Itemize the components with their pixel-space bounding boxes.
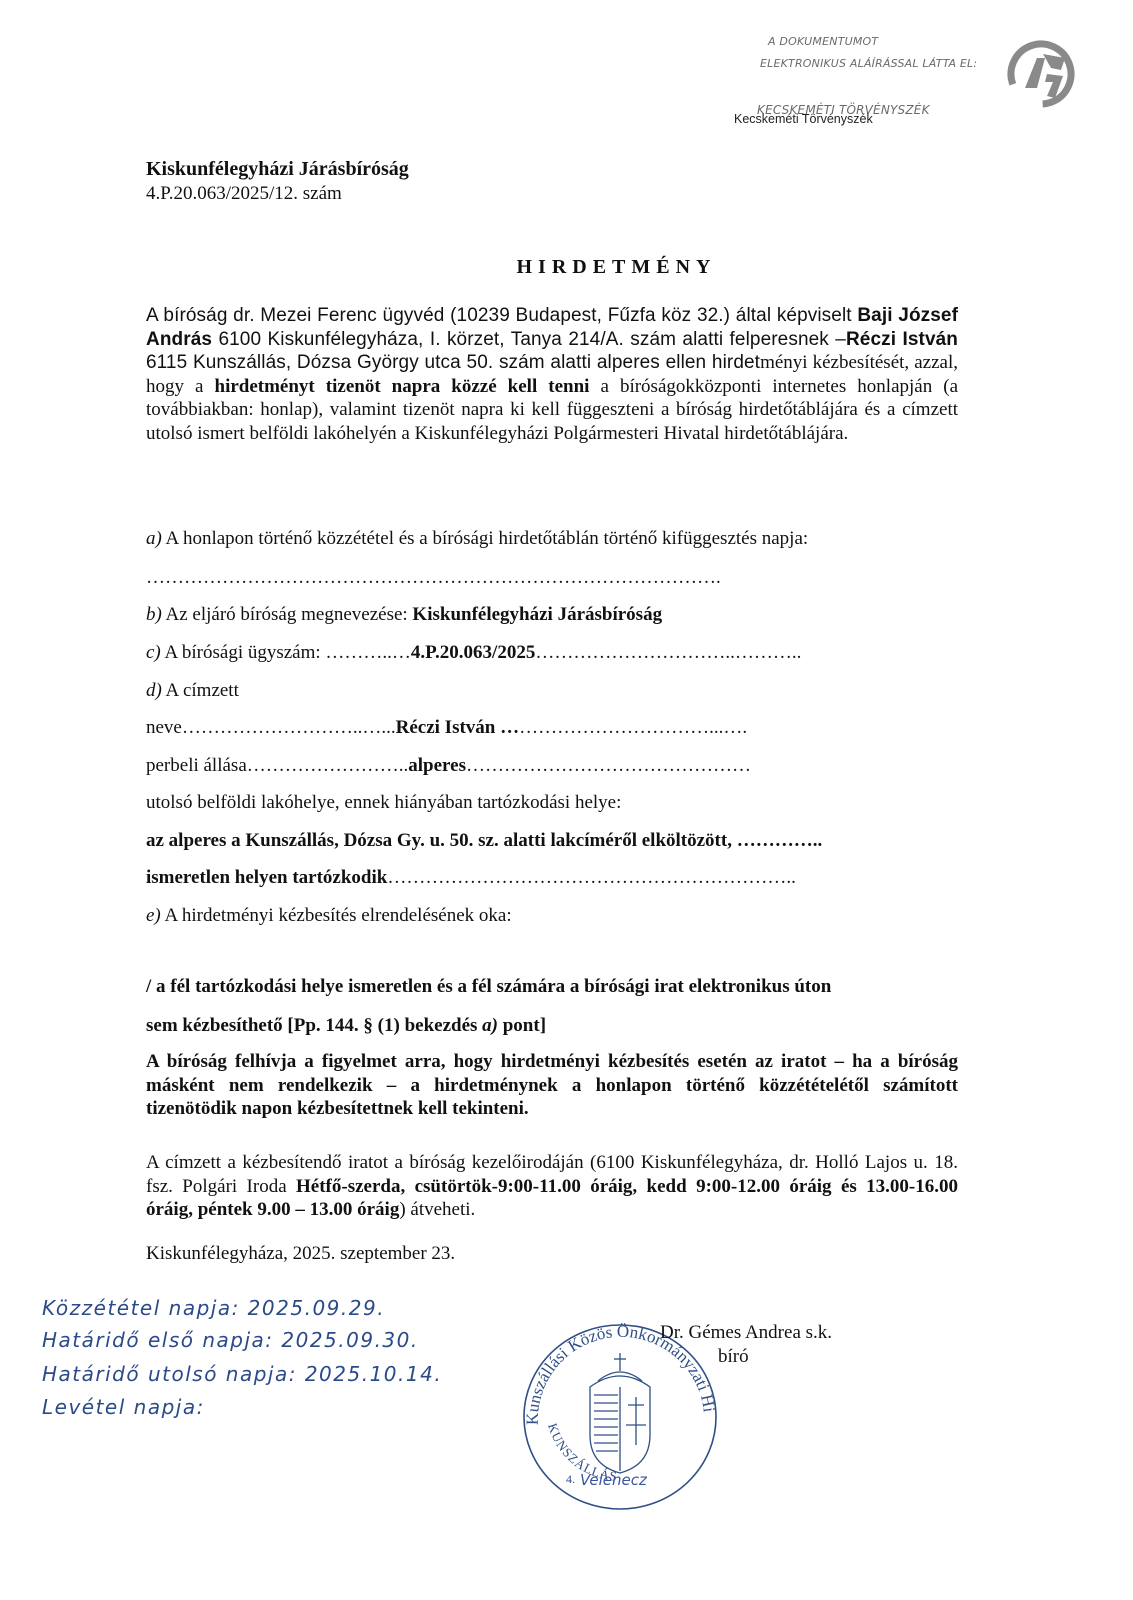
signer-role: bíró <box>718 1346 749 1368</box>
residence-label: utolsó belföldi lakóhelye, ennek hiányáb… <box>146 792 621 814</box>
handwritten-deadline-first: Határidő első napja: 2025.09.30. <box>42 1328 419 1352</box>
seal-signature: Velenecz <box>580 1471 648 1489</box>
recipient-role-row: perbeli állása……………………..alperes………………………… <box>146 755 751 777</box>
court-case-number: 4.P.20.063/2025 <box>411 642 535 663</box>
intro-text-2: 6100 Kiskunfélegyháza, I. körzet, Tanya … <box>212 329 846 350</box>
recipient-role-label: perbeli állása…………………….. <box>146 755 408 776</box>
stamp-line-1: A DOKUMENTUMOT <box>768 35 878 48</box>
handwritten-publication-date: Közzététel napja: 2025.09.29. <box>42 1296 385 1320</box>
item-d: d) A címzett <box>146 680 239 702</box>
acting-court: Kiskunfélegyházi Járásbíróság <box>412 604 662 625</box>
reason-end: pont] <box>498 1015 546 1036</box>
item-d-text: A címzett <box>162 680 239 701</box>
reason-point: a) <box>482 1015 498 1036</box>
item-e-text: A hirdetményi kézbesítés elrendelésének … <box>161 905 512 926</box>
reason-line-2: sem kézbesíthető [Pp. 144. § (1) bekezdé… <box>146 1015 546 1037</box>
defendant-name: Réczi István <box>846 329 958 350</box>
recipient-name-dots: …………………………...…. <box>519 717 747 738</box>
item-b-text: Az eljáró bíróság megnevezése: <box>162 604 413 625</box>
place-date: Kiskunfélegyháza, 2025. szeptember 23. <box>146 1243 455 1265</box>
pickup-end: ) átveheti. <box>399 1199 475 1220</box>
reason-text: sem kézbesíthető [Pp. 144. § (1) bekezdé… <box>146 1015 482 1036</box>
item-c-dots: …………………………..……….. <box>535 642 801 663</box>
item-a-text: A honlapon történő közzététel és a bírós… <box>162 528 808 549</box>
item-c-label: c) <box>146 642 161 663</box>
intro-text-3: 6115 Kunszállás, Dózsa György utca 50. s… <box>146 352 760 373</box>
handwritten-deadline-last: Határidő utolsó napja: 2025.10.14. <box>42 1362 442 1386</box>
residence-status: ismeretlen helyen tartózkodik <box>146 867 387 888</box>
item-c: c) A bírósági ügyszám: ………..…4.P.20.063/… <box>146 642 801 664</box>
pickup-paragraph: A címzett a kézbesítendő iratot a bírósá… <box>146 1151 958 1222</box>
item-e-label: e) <box>146 905 161 926</box>
recipient-name-label: neve………………………..…... <box>146 717 396 738</box>
recipient-role: alperes <box>408 755 466 776</box>
recipient-name: Réczi István … <box>396 717 519 738</box>
seal-number: 4. <box>566 1472 575 1486</box>
notice-paragraph: A bíróság felhívja a figyelmet arra, hog… <box>146 1050 958 1121</box>
item-a-label: a) <box>146 528 162 549</box>
publication-requirement: hirdetményt tizenöt napra közzé kell ten… <box>215 376 590 397</box>
intro-text-1: A bíróság dr. Mezei Ferenc ügyvéd (10239… <box>146 305 857 326</box>
stamp-line-2: ELEKTRONIKUS ALÁÍRÁSSAL LÁTTA EL: <box>760 57 977 70</box>
item-a-blank: ………………………………………………………………………………. <box>146 567 721 589</box>
item-b: b) Az eljáró bíróság megnevezése: Kiskun… <box>146 604 662 626</box>
recipient-name-row: neve………………………..…...Réczi István ……………………… <box>146 717 747 739</box>
intro-paragraph: A bíróság dr. Mezei Ferenc ügyvéd (10239… <box>146 304 958 445</box>
court-name: Kiskunfélegyházi Járásbíróság <box>146 158 409 181</box>
residence-dots: ……………………………………………………….. <box>387 867 796 888</box>
item-c-text: A bírósági ügyszám: ………..… <box>161 642 411 663</box>
document-title: HIRDETMÉNY <box>0 256 1133 279</box>
residence-line-2: ismeretlen helyen tartózkodik……………………………… <box>146 867 796 889</box>
court-logo-icon <box>1003 36 1079 112</box>
item-e: e) A hirdetményi kézbesítés elrendelésén… <box>146 905 512 927</box>
signer-name: Dr. Gémes Andrea s.k. <box>660 1322 832 1344</box>
item-b-label: b) <box>146 604 162 625</box>
handwritten-removal-date: Levétel napja: <box>42 1395 205 1419</box>
case-number: 4.P.20.063/2025/12. szám <box>146 183 342 205</box>
reason-line-1: / a fél tartózkodási helye ismeretlen és… <box>146 976 958 998</box>
residence-line-1: az alperes a Kunszállás, Dózsa Gy. u. 50… <box>146 830 822 852</box>
recipient-role-dots: ……………………………………… <box>466 755 751 776</box>
item-a: a) A honlapon történő közzététel és a bí… <box>146 528 958 550</box>
stamp-court-name: Kecskeméti Törvényszék <box>734 112 873 126</box>
item-d-label: d) <box>146 680 162 701</box>
